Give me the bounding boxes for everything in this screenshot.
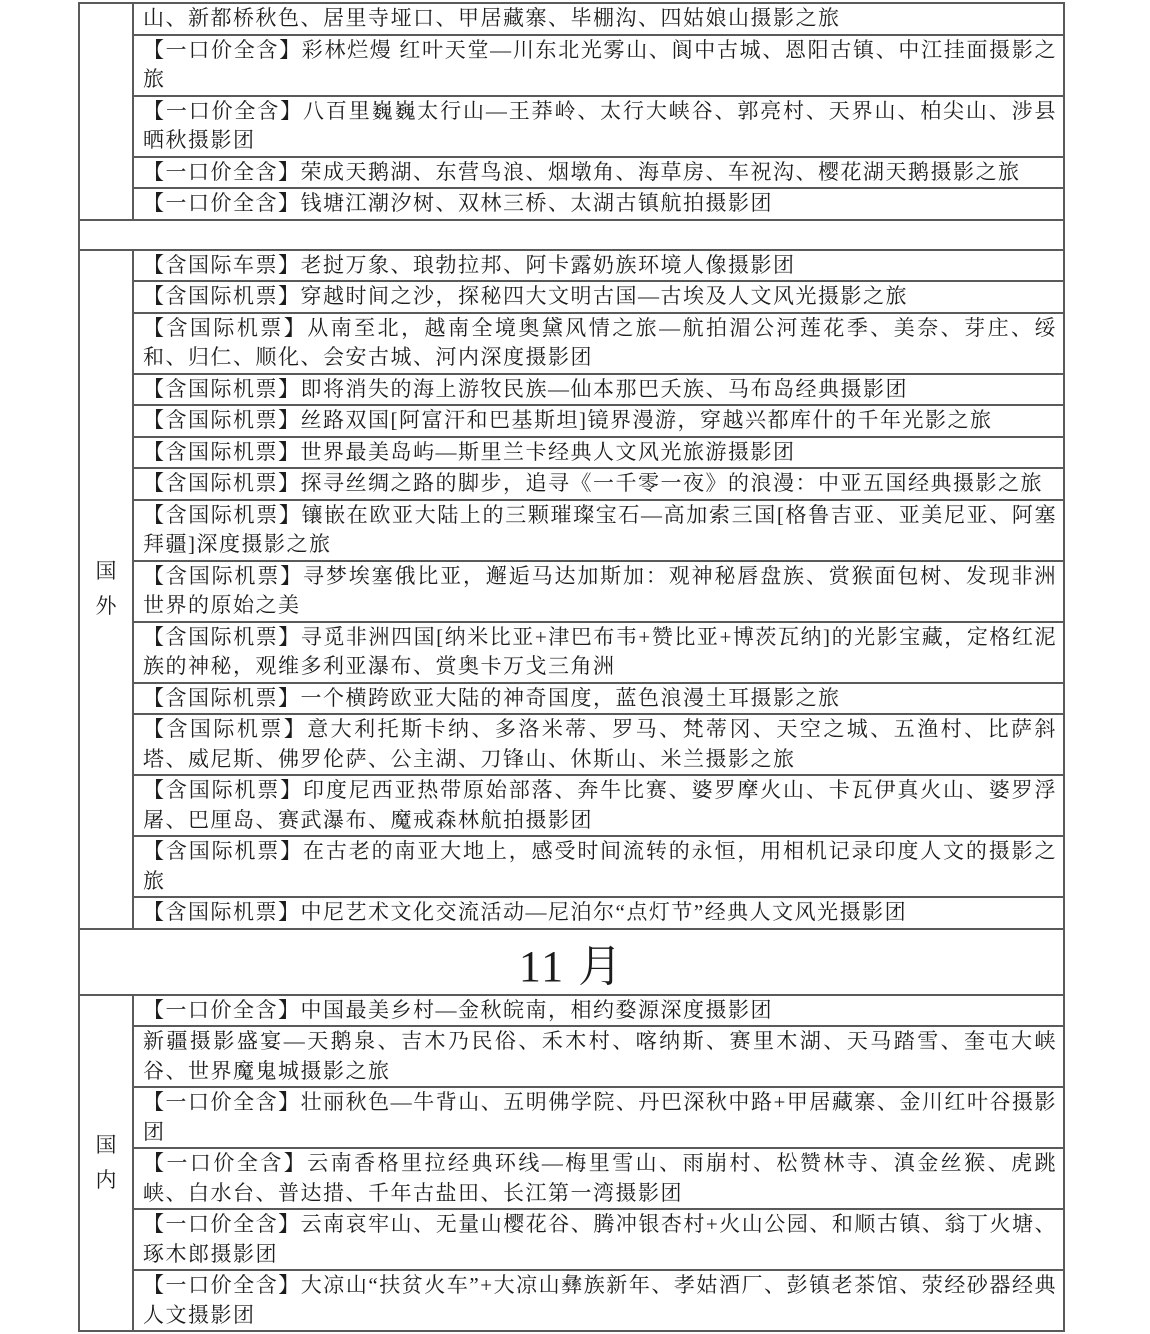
table-row: 【含国际机票】寻觅非洲四国[纳米比亚+津巴布韦+赞比亚+博茨瓦纳]的光影宝藏，定… (79, 622, 1064, 683)
table-row: 【一口价全含】云南哀牢山、无量山樱花谷、腾冲银杏村+火山公园、和顺古镇、翁丁火塘… (79, 1209, 1064, 1270)
spacer-cell (79, 220, 1064, 250)
table-row: 【含国际机票】探寻丝绸之路的脚步，追寻《一千零一夜》的浪漫：中亚五国经典摄影之旅 (79, 468, 1064, 500)
table-row: 国内 【一口价全含】中国最美乡村—金秋皖南，相约婺源深度摄影团 (79, 995, 1064, 1027)
tour-item: 【含国际机票】在古老的南亚大地上，感受时间流转的永恒，用相机记录印度人文的摄影之… (133, 836, 1064, 897)
section-label-domestic: 国内 (79, 995, 133, 1332)
tour-item: 【含国际机票】寻梦埃塞俄比亚，邂逅马达加斯加：观神秘唇盘族、赏猴面包树、发现非洲… (133, 561, 1064, 622)
table-row: 山、新都桥秋色、居里寺垭口、甲居藏寨、毕棚沟、四姑娘山摄影之旅 (79, 3, 1064, 35)
table-row: 【含国际机票】世界最美岛屿—斯里兰卡经典人文风光旅游摄影团 (79, 437, 1064, 469)
tour-item: 【含国际机票】镶嵌在欧亚大陆上的三颗璀璨宝石—高加索三国[格鲁吉亚、亚美尼亚、阿… (133, 500, 1064, 561)
tour-item: 【一口价全含】钱塘江潮汐树、双林三桥、太湖古镇航拍摄影团 (133, 188, 1064, 220)
section-label-text: 国外 (95, 554, 118, 624)
table-row: 【含国际机票】意大利托斯卡纳、多洛米蒂、罗马、梵蒂冈、天空之城、五渔村、比萨斜塔… (79, 714, 1064, 775)
section-label-text: 国内 (95, 1128, 118, 1198)
table-row: 【含国际机票】寻梦埃塞俄比亚，邂逅马达加斯加：观神秘唇盘族、赏猴面包树、发现非洲… (79, 561, 1064, 622)
table-row: 【一口价全含】大凉山“扶贫火车”+大凉山彝族新年、孝姑酒厂、彭镇老茶馆、荥经砂器… (79, 1270, 1064, 1331)
tour-item: 【含国际机票】探寻丝绸之路的脚步，追寻《一千零一夜》的浪漫：中亚五国经典摄影之旅 (133, 468, 1064, 500)
table-row: 【含国际机票】从南至北，越南全境奥黛风情之旅—航拍湄公河莲花季、美奈、芽庄、绥和… (79, 313, 1064, 374)
tour-item: 【一口价全含】云南哀牢山、无量山樱花谷、腾冲银杏村+火山公园、和顺古镇、翁丁火塘… (133, 1209, 1064, 1270)
tour-item: 【含国际机票】世界最美岛屿—斯里兰卡经典人文风光旅游摄影团 (133, 437, 1064, 469)
tour-item: 【含国际机票】一个横跨欧亚大陆的神奇国度，蓝色浪漫土耳摄影之旅 (133, 683, 1064, 715)
tour-item: 【含国际机票】意大利托斯卡纳、多洛米蒂、罗马、梵蒂冈、天空之城、五渔村、比萨斜塔… (133, 714, 1064, 775)
table-row: 【含国际机票】一个横跨欧亚大陆的神奇国度，蓝色浪漫土耳摄影之旅 (79, 683, 1064, 715)
table-row: 【含国际机票】镶嵌在欧亚大陆上的三颗璀璨宝石—高加索三国[格鲁吉亚、亚美尼亚、阿… (79, 500, 1064, 561)
tour-item: 【含国际机票】丝路双国[阿富汗和巴基斯坦]镜界漫游，穿越兴都库什的千年光影之旅 (133, 405, 1064, 437)
table-row: 【含国际机票】中尼艺术文化交流活动—尼泊尔“点灯节”经典人文风光摄影团 (79, 897, 1064, 929)
section-label-prev (79, 3, 133, 220)
table-row: 【一口价全含】荣成天鹅湖、东营鸟浪、烟墩角、海草房、车祝沟、樱花湖天鹅摄影之旅 (79, 157, 1064, 189)
tour-item: 【含国际机票】即将消失的海上游牧民族—仙本那巴夭族、马布岛经典摄影团 (133, 374, 1064, 406)
table-row: 【含国际机票】印度尼西亚热带原始部落、奔牛比赛、婆罗摩火山、卡瓦伊真火山、婆罗浮… (79, 775, 1064, 836)
document-page: 山、新都桥秋色、居里寺垭口、甲居藏寨、毕棚沟、四姑娘山摄影之旅 【一口价全含】彩… (0, 0, 1150, 1334)
table-row: 【一口价全含】云南香格里拉经典环线—梅里雪山、雨崩村、松赞林寺、滇金丝猴、虎跳峡… (79, 1148, 1064, 1209)
tour-item: 【一口价全含】中国最美乡村—金秋皖南，相约婺源深度摄影团 (133, 995, 1064, 1027)
tour-item: 【一口价全含】大凉山“扶贫火车”+大凉山彝族新年、孝姑酒厂、彭镇老茶馆、荥经砂器… (133, 1270, 1064, 1331)
table-row: 【含国际机票】丝路双国[阿富汗和巴基斯坦]镜界漫游，穿越兴都库什的千年光影之旅 (79, 405, 1064, 437)
table-row: 【一口价全含】壮丽秋色—牛背山、五明佛学院、丹巴深秋中路+甲居藏寨、金川红叶谷摄… (79, 1087, 1064, 1148)
section-label-overseas: 国外 (79, 250, 133, 929)
table-row: 【一口价全含】钱塘江潮汐树、双林三桥、太湖古镇航拍摄影团 (79, 188, 1064, 220)
table-row: 【含国际机票】在古老的南亚大地上，感受时间流转的永恒，用相机记录印度人文的摄影之… (79, 836, 1064, 897)
table-row: 【含国际机票】穿越时间之沙，探秘四大文明古国—古埃及人文风光摄影之旅 (79, 281, 1064, 313)
tour-item: 【含国际机票】印度尼西亚热带原始部落、奔牛比赛、婆罗摩火山、卡瓦伊真火山、婆罗浮… (133, 775, 1064, 836)
table-row: 国外 【含国际车票】老挝万象、琅勃拉邦、阿卡露奶族环境人像摄影团 (79, 250, 1064, 282)
tour-item: 【含国际机票】从南至北，越南全境奥黛风情之旅—航拍湄公河莲花季、美奈、芽庄、绥和… (133, 313, 1064, 374)
tour-item: 山、新都桥秋色、居里寺垭口、甲居藏寨、毕棚沟、四姑娘山摄影之旅 (133, 3, 1064, 35)
tour-item: 新疆摄影盛宴—天鹅泉、吉木乃民俗、禾木村、喀纳斯、赛里木湖、天马踏雪、奎屯大峡谷… (133, 1026, 1064, 1087)
month-header-row: 11 月 (79, 929, 1064, 995)
table-row: 【一口价全含】彩林烂熳 红叶天堂—川东北光雾山、阆中古城、恩阳古镇、中江挂面摄影… (79, 35, 1064, 96)
spacer-row (79, 220, 1064, 250)
tour-item: 【一口价全含】荣成天鹅湖、东营鸟浪、烟墩角、海草房、车祝沟、樱花湖天鹅摄影之旅 (133, 157, 1064, 189)
tour-item: 【一口价全含】彩林烂熳 红叶天堂—川东北光雾山、阆中古城、恩阳古镇、中江挂面摄影… (133, 35, 1064, 96)
month-header: 11 月 (79, 929, 1064, 995)
table-row: 新疆摄影盛宴—天鹅泉、吉木乃民俗、禾木村、喀纳斯、赛里木湖、天马踏雪、奎屯大峡谷… (79, 1026, 1064, 1087)
tour-item: 【含国际机票】寻觅非洲四国[纳米比亚+津巴布韦+赞比亚+博茨瓦纳]的光影宝藏，定… (133, 622, 1064, 683)
tour-item: 【一口价全含】云南香格里拉经典环线—梅里雪山、雨崩村、松赞林寺、滇金丝猴、虎跳峡… (133, 1148, 1064, 1209)
tour-item: 【含国际车票】老挝万象、琅勃拉邦、阿卡露奶族环境人像摄影团 (133, 250, 1064, 282)
tour-item: 【一口价全含】八百里巍巍太行山—王莽岭、太行大峡谷、郭亮村、天界山、柏尖山、涉县… (133, 96, 1064, 157)
tour-schedule-table: 山、新都桥秋色、居里寺垭口、甲居藏寨、毕棚沟、四姑娘山摄影之旅 【一口价全含】彩… (78, 2, 1065, 1332)
tour-item: 【含国际机票】穿越时间之沙，探秘四大文明古国—古埃及人文风光摄影之旅 (133, 281, 1064, 313)
table-row: 【含国际机票】即将消失的海上游牧民族—仙本那巴夭族、马布岛经典摄影团 (79, 374, 1064, 406)
tour-item: 【一口价全含】壮丽秋色—牛背山、五明佛学院、丹巴深秋中路+甲居藏寨、金川红叶谷摄… (133, 1087, 1064, 1148)
table-row: 【一口价全含】八百里巍巍太行山—王莽岭、太行大峡谷、郭亮村、天界山、柏尖山、涉县… (79, 96, 1064, 157)
tour-item: 【含国际机票】中尼艺术文化交流活动—尼泊尔“点灯节”经典人文风光摄影团 (133, 897, 1064, 929)
